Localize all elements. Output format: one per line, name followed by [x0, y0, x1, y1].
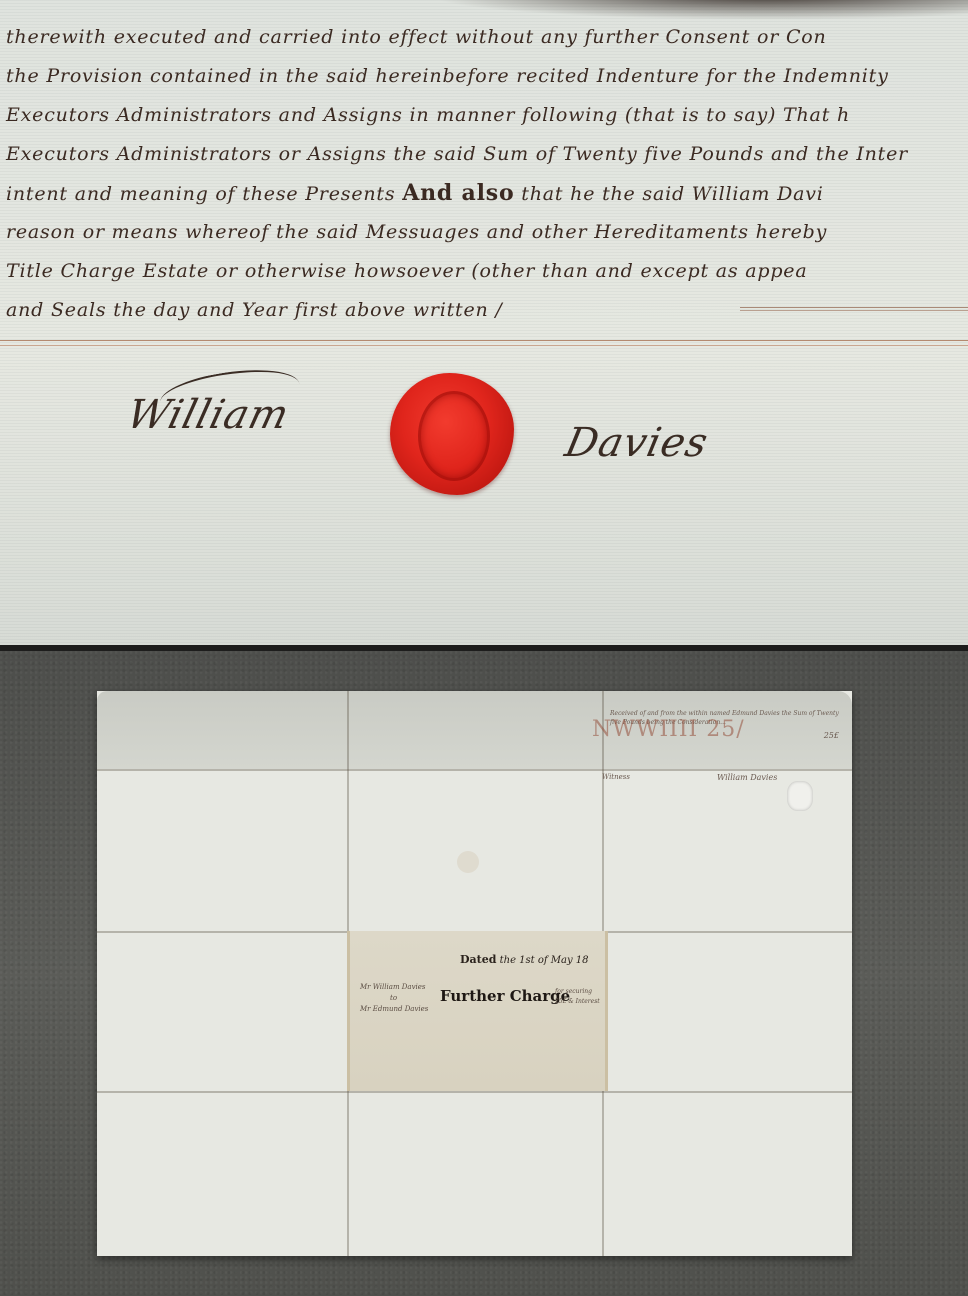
stain	[457, 851, 479, 873]
dated-label: Dated	[460, 953, 496, 966]
unfolded-deed-photo: Received of and from the within named Ed…	[0, 651, 968, 1296]
seal-impression-icon	[418, 391, 490, 481]
script-line: therewith executed and carried into effe…	[0, 18, 968, 57]
fold-line	[97, 769, 852, 771]
red-wax-seal	[390, 373, 514, 495]
docket-party-2: Mr Edmund Davies	[360, 1005, 428, 1013]
deed-sheet: Received of and from the within named Ed…	[97, 691, 852, 1256]
signature-first-name: William	[122, 392, 294, 438]
script-line: Title Charge Estate or otherwise howsoev…	[0, 252, 968, 291]
script-line: the Provision contained in the said here…	[0, 57, 968, 96]
script-emphasis: And also	[402, 180, 514, 206]
script-line: intent and meaning of these Presents And…	[0, 174, 968, 213]
docket-panel: Dated the 1st of May 18 Mr William Davie…	[347, 931, 608, 1091]
witness-block: Witness	[602, 771, 630, 783]
duty-stamp: NWWIIII 25/	[592, 725, 745, 734]
script-text: that he the said William Davi	[521, 183, 823, 205]
handwritten-text-block: therewith executed and carried into effe…	[0, 18, 968, 330]
endorsement-amount: 25£	[824, 731, 839, 740]
shadow-overlay	[430, 0, 968, 20]
witness-label: Witness	[602, 773, 630, 781]
signature-last-name: Davies	[561, 420, 712, 466]
script-line: Executors Administrators or Assigns the …	[0, 135, 968, 174]
witness-signature: William Davies	[717, 773, 777, 782]
script-line: reason or means whereof the said Messuag…	[0, 213, 968, 252]
docket-note: for securing 25£ & Interest	[555, 987, 603, 1007]
docket-party-1: Mr William Davies	[360, 983, 426, 991]
script-line: Executors Administrators and Assigns in …	[0, 96, 968, 135]
docket-date: Dated the 1st of May 18	[460, 953, 589, 966]
closing-rule	[740, 307, 968, 311]
docket-title: Further Charge	[440, 987, 570, 1005]
fold-line	[97, 1091, 852, 1093]
deed-closeup-photo: therewith executed and carried into effe…	[0, 0, 968, 645]
docket-party-connector: to	[390, 994, 397, 1002]
double-rule-divider	[0, 340, 968, 346]
script-text: intent and meaning of these Presents	[6, 183, 395, 205]
dated-value: the 1st of May 18	[500, 955, 589, 966]
receipt-endorsement: Received of and from the within named Ed…	[602, 691, 847, 769]
blind-seal-icon	[787, 781, 813, 811]
